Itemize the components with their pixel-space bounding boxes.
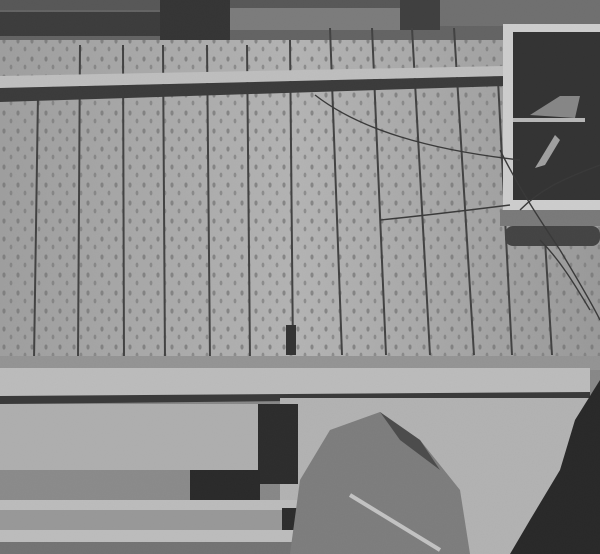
photo-canvas bbox=[0, 0, 600, 554]
wooden-wall-photo bbox=[0, 0, 600, 554]
